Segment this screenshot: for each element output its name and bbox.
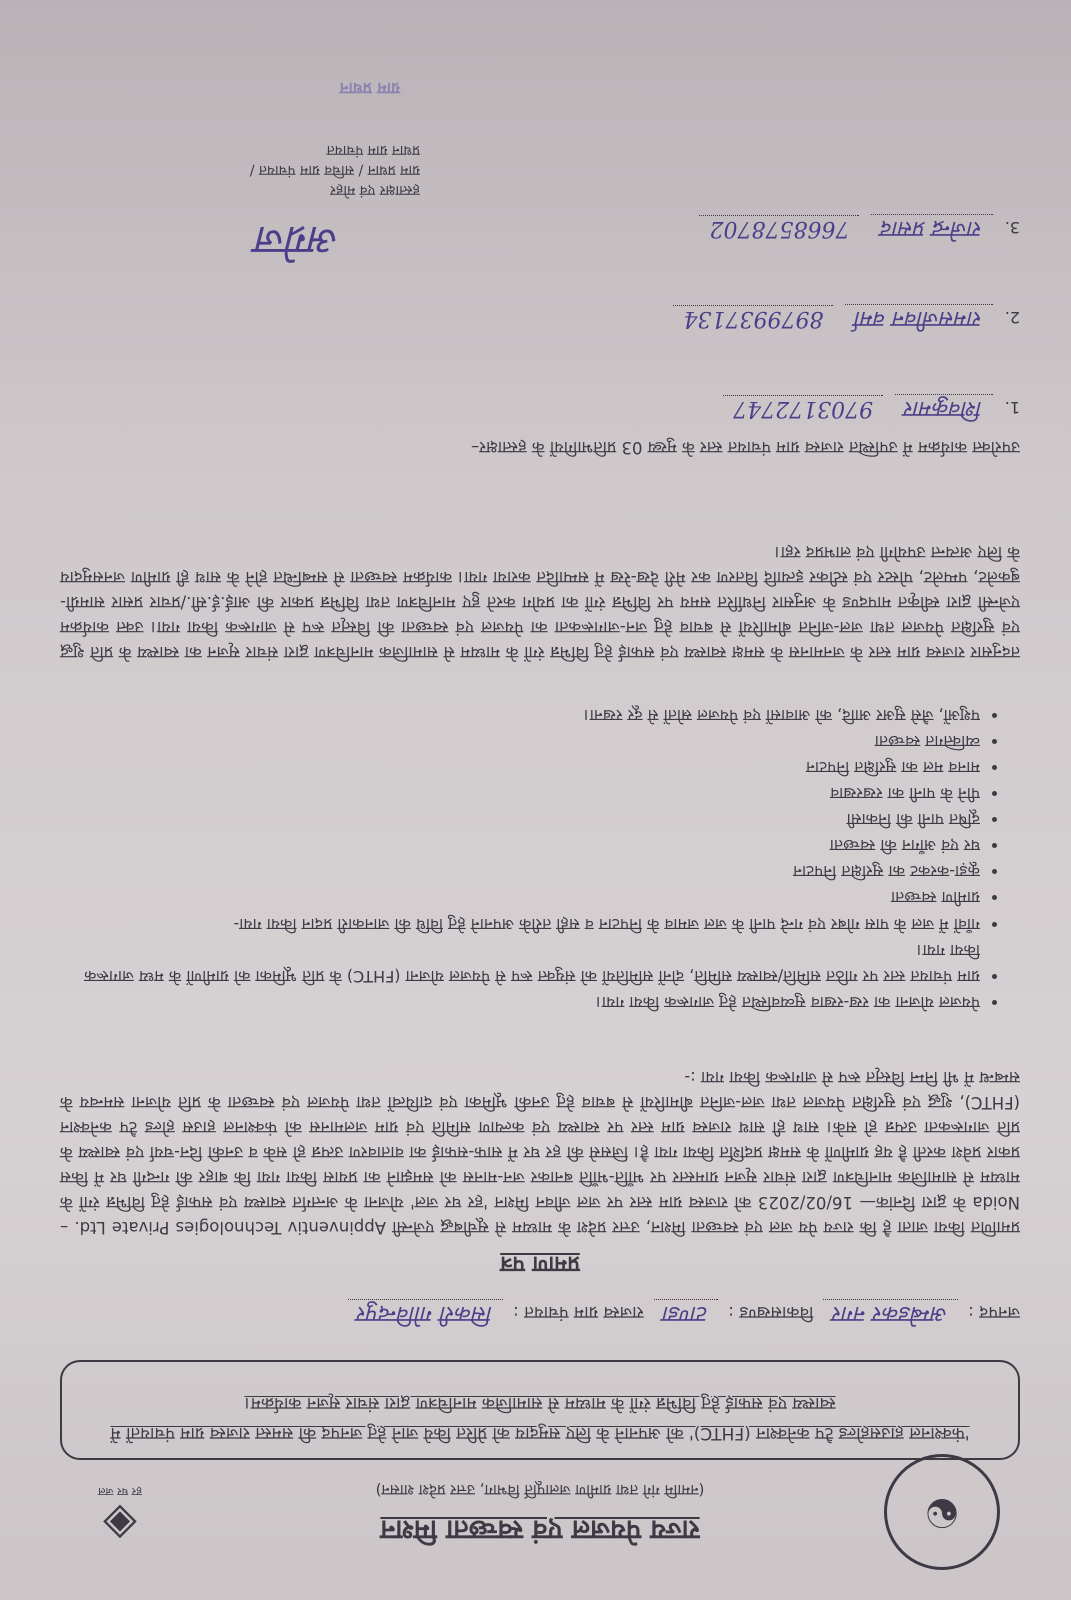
signatory-index: 1.: [1005, 398, 1020, 417]
signatory-name: शिवकुमार: [895, 394, 993, 425]
gp-value: सिकरी गोविन्दपुर: [348, 1299, 503, 1330]
official-stamp: ग्राम प्रधान: [340, 78, 400, 100]
paragraph-1: प्रमाणित किया जाता है कि राज्य पेय जल एव…: [60, 1065, 1020, 1240]
paragraph-3: उपरोक्त कार्यक्रम में उपस्थित राजस्व ग्र…: [60, 435, 1020, 460]
signatory-row: 2. रामसजीवन वर्मा 8979937134: [60, 245, 1020, 335]
district-value: अम्बेडकर नगर: [823, 1299, 958, 1330]
signatory-phone: 8979937134: [673, 305, 833, 331]
list-item: मानव मल का सुरक्षित निपटान: [60, 754, 980, 780]
sign-and-seal-block: हस्ताक्षर एवं मोहर ग्राम प्रधान / सचिव ग…: [250, 140, 420, 200]
list-item: ग्रामीण स्वच्छता: [60, 884, 980, 910]
signatory-phone: 9703172747: [723, 395, 883, 421]
signatory-row: 1. शिवकुमार 9703172747: [60, 335, 1020, 425]
list-item: घर एवं आँगन की स्वच्छता: [60, 832, 980, 858]
header: ☯ राज्य पेयजल एवं स्वच्छता मिशन (नमामि ग…: [40, 1460, 1040, 1580]
signatory-name: रामसजीवन वर्मा: [845, 304, 992, 335]
sign-role: ग्राम प्रधान / सचिव ग्राम पंचायत /: [250, 160, 420, 180]
signatory-phone: 7668578702: [699, 215, 859, 241]
list-item: पशुओं, जैसे सुअर आदि, को आवासों एवं पेयज…: [60, 702, 980, 728]
pradhan-signature: अग्रेज: [257, 215, 340, 270]
bullet-list-a: पेयजल योजना का रख-रखाव सुव्यवस्थित हेतु …: [60, 911, 1000, 1015]
header-title: राज्य पेयजल एवं स्वच्छता मिशन: [240, 1513, 840, 1550]
list-item: पीने के पानी का रखरखाव: [60, 780, 980, 806]
up-government-emblem-icon: ☯: [884, 1454, 1000, 1570]
signatories: 1. शिवकुमार 9703172747 2. रामसजीवन वर्मा…: [60, 155, 1020, 425]
bullet-list-b: ग्रामीण स्वच्छता कूड़ा-करकट का सुरक्षित …: [60, 702, 1000, 910]
program-box: 'फंक्शनल हाउसहोल्ड टैप कनेक्शन (FHTC)' क…: [60, 1360, 1020, 1460]
certificate-page: ☯ राज्य पेयजल एवं स्वच्छता मिशन (नमामि ग…: [40, 0, 1040, 1600]
list-item: पेयजल योजना का रख-रखाव सुव्यवस्थित हेतु …: [60, 989, 980, 1015]
logo-text: हर घर जल: [98, 1485, 142, 1498]
gp-label: राजस्व ग्राम पंचायत :: [513, 1302, 644, 1325]
sign-label: हस्ताक्षर एवं मोहर: [250, 180, 420, 200]
signatory-name: राजेन्द्र प्रसाद: [871, 214, 992, 245]
list-item: दूषित पानी की निकासी: [60, 806, 980, 832]
signatory-index: 2.: [1005, 308, 1020, 327]
list-item: ग्राम पंचायत स्तर पर गठित समिति/स्वास्थ्…: [60, 937, 980, 989]
signatory-index: 3.: [1005, 218, 1020, 237]
sign-role-2: प्रधान ग्राम पंचायत: [250, 140, 420, 160]
water-drop-icon: ◈: [80, 1499, 160, 1550]
block-label: विकासखण्ड :: [728, 1302, 813, 1325]
signatory-row: 3. राजेन्द्र प्रसाद 7668578702: [60, 155, 1020, 245]
har-ghar-jal-logo: ◈ हर घर जल: [80, 1484, 160, 1550]
certificate-title: प्रमाण पत्र: [40, 1250, 1040, 1280]
paragraph-2: तदनुसार राजस्व ग्राम स्तर के जनमानस के स…: [60, 540, 1020, 665]
list-item: कूड़ा-करकट का सुरक्षित निपटान: [60, 858, 980, 884]
header-subtitle: (नमामि गंगे तथा ग्रामीण जलापूर्ति विभाग,…: [240, 1480, 840, 1500]
list-item: व्यक्तिगत स्वच्छता: [60, 728, 980, 754]
list-item: गाँवों में जल के पास गोबर एवं गन्दे पानी…: [60, 911, 980, 937]
block-value: टाण्डा: [654, 1299, 719, 1330]
location-fields: जनपद : अम्बेडकर नगर विकासखण्ड : टाण्डा र…: [60, 1299, 1020, 1330]
district-label: जनपद :: [968, 1302, 1020, 1325]
